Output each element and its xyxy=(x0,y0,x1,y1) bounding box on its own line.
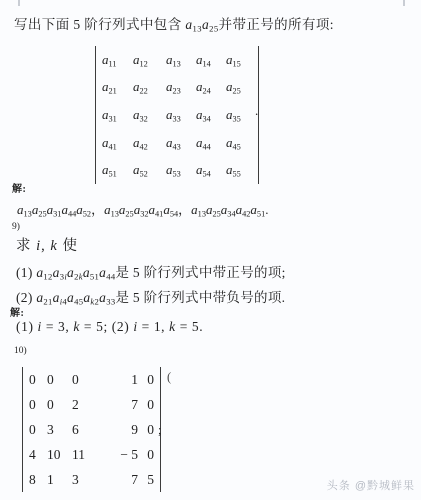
matrix-cell: a55 xyxy=(226,162,252,178)
matrix-cell: 0 xyxy=(29,372,47,388)
solution-label: 解: xyxy=(12,180,26,195)
matrix-cell: 0 xyxy=(29,422,47,438)
matrix-cell: 0 xyxy=(138,447,154,463)
matrix-cell: 0 xyxy=(138,397,154,413)
matrix-cell: a34 xyxy=(196,107,226,123)
problem-9-item-2: (2) a21ai4a45ak2a33是 5 阶行列式中带负号的项. xyxy=(16,286,285,306)
problem-9-item-1: (1) a12a3ia2ka51a44是 5 阶行列式中带正号的项; xyxy=(16,261,286,281)
matrix-row: a11a12a13a14a15 xyxy=(102,46,252,74)
problem-10-number: 10) xyxy=(14,346,27,356)
matrix-cell: a51 xyxy=(102,162,133,178)
matrix-cell: a33 xyxy=(166,107,196,123)
determinant-numeric-5x5: 00010002700369041011− 5081375 xyxy=(22,367,161,492)
document-page: 写出下面 5 阶行列式中包含 a13a25并带正号的所有项: a11a12a13… xyxy=(0,0,421,500)
problem-9-answer: (1) i = 3, k = 5; (2) i = 1, k = 5. xyxy=(16,319,203,335)
matrix-cell: 0 xyxy=(47,397,72,413)
matrix-cell: a23 xyxy=(166,79,196,95)
matrix-cell: 8 xyxy=(29,472,47,488)
matrix-row: 00270 xyxy=(29,392,154,417)
problem-9-prompt: 求 i, k 使 xyxy=(16,234,78,255)
matrix-cell: 6 xyxy=(72,422,101,438)
matrix-cell: 1 xyxy=(47,472,72,488)
matrix-cell: a35 xyxy=(226,107,252,123)
scan-mark xyxy=(18,0,20,6)
matrix-cell: a32 xyxy=(133,107,166,123)
matrix-cell: a25 xyxy=(226,79,252,95)
matrix-cell: 3 xyxy=(72,472,101,488)
matrix-cell: a14 xyxy=(196,52,226,68)
solution-label: 解: xyxy=(10,304,24,319)
matrix-cell: a11 xyxy=(102,52,133,68)
watermark: 头条 @黔城鲜果 xyxy=(327,477,415,493)
matrix-cell: a53 xyxy=(166,162,196,178)
matrix-cell: 7 xyxy=(101,472,138,488)
matrix-cell: 4 xyxy=(29,447,47,463)
matrix-cell: 5 xyxy=(138,472,154,488)
determinant-period: . xyxy=(255,103,258,119)
matrix-cell: a54 xyxy=(196,162,226,178)
matrix-row: a41a42a43a44a45 xyxy=(102,129,252,157)
matrix-cell: 2 xyxy=(72,397,101,413)
matrix-cell: a13 xyxy=(166,52,196,68)
matrix-cell: 3 xyxy=(47,422,72,438)
matrix-cell: 1 xyxy=(101,372,138,388)
matrix-cell: a52 xyxy=(133,162,166,178)
matrix-cell: 7 xyxy=(101,397,138,413)
matrix-cell: a15 xyxy=(226,52,252,68)
determinant-5x5: a11a12a13a14a15a21a22a23a24a25a31a32a33a… xyxy=(95,46,259,184)
matrix-cell: 0 xyxy=(72,372,101,388)
solution-terms: a13a25a31a44a52，a13a25a32a41a54，a13a25a3… xyxy=(17,199,268,218)
matrix-row: 81375 xyxy=(29,467,154,492)
matrix-cell: 11 xyxy=(72,447,101,463)
matrix-row: a51a52a53a54a55 xyxy=(102,156,252,184)
scan-mark xyxy=(403,0,405,6)
matrix-cell: a44 xyxy=(196,135,226,151)
matrix-cell: a43 xyxy=(166,135,196,151)
matrix-cell: a45 xyxy=(226,135,252,151)
matrix-row: 03690 xyxy=(29,417,154,442)
problem-8-title: 写出下面 5 阶行列式中包含 a13a25并带正号的所有项: xyxy=(14,13,334,33)
matrix-cell: 0 xyxy=(138,372,154,388)
matrix-cell: 0 xyxy=(47,372,72,388)
matrix-cell: 0 xyxy=(138,422,154,438)
matrix-cell: 10 xyxy=(47,447,72,463)
semicolon-mark: ; xyxy=(158,422,162,438)
matrix-cell: a22 xyxy=(133,79,166,95)
matrix-cell: a41 xyxy=(102,135,133,151)
matrix-row: a21a22a23a24a25 xyxy=(102,74,252,102)
matrix-row: 41011− 50 xyxy=(29,442,154,467)
matrix-row: a31a32a33a34a35 xyxy=(102,101,252,129)
matrix-cell: a21 xyxy=(102,79,133,95)
matrix-cell: − 5 xyxy=(101,447,138,463)
stray-paren-mark: ( xyxy=(167,370,171,385)
matrix-cell: a31 xyxy=(102,107,133,123)
matrix-cell: a24 xyxy=(196,79,226,95)
matrix-cell: a42 xyxy=(133,135,166,151)
problem-9-number: 9) xyxy=(12,222,20,232)
matrix-cell: 0 xyxy=(29,397,47,413)
matrix-cell: a12 xyxy=(133,52,166,68)
matrix-row: 00010 xyxy=(29,367,154,392)
matrix-cell: 9 xyxy=(101,422,138,438)
